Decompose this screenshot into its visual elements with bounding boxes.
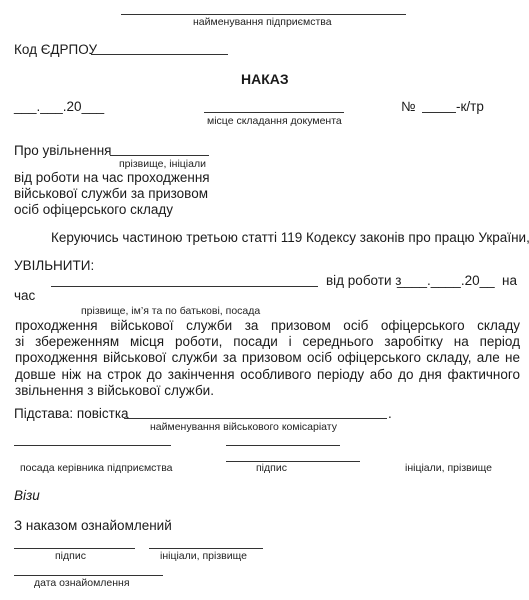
basis-caption: найменування військового комісаріату [150,421,337,433]
subject-name-line[interactable] [110,155,209,156]
order-number-line[interactable] [422,112,456,113]
preamble: Керуючись частиною третьою статті 119 Ко… [51,230,529,246]
order-body-line-5: звільнення з військової служби. [15,383,520,399]
time-word: час [14,288,35,304]
number-suffix: -к/тр [456,99,484,115]
enterprise-name-line[interactable] [121,14,406,15]
document-title: НАКАЗ [241,71,289,87]
ack-name-caption: ініціали, прізвище [160,550,247,562]
order-body: проходження військової служби за призово… [15,318,520,399]
employee-name-caption: прізвище, ім’я та по батькові, посада [81,305,260,317]
manager-signature-caption: підпис [256,462,287,474]
manager-name-caption: ініціали, прізвище [405,462,492,474]
subject-line-2: військової служби за призовом [14,186,208,202]
ack-date-line[interactable] [14,575,163,576]
manager-signature-line-1[interactable] [226,445,340,446]
subject-line-3: осіб офіцерського складу [14,202,173,218]
subject-line-1: від роботи на час проходження [14,170,210,186]
subject-label: Про увільнення [14,143,112,159]
ack-signature-line[interactable] [14,548,135,549]
order-body-line-3: проходження військової служби за призово… [15,350,520,366]
on-text: на [502,273,517,289]
visas-label: Візи [14,488,40,504]
release-date-field[interactable]: ____.____.20__ [397,273,495,289]
ack-date-caption: дата ознайомлення [34,577,130,589]
place-field-line[interactable] [204,112,344,113]
edrpou-field-line[interactable] [91,54,228,55]
place-caption: місце складання документа [207,115,342,127]
number-prefix: № [401,99,415,115]
order-body-line-1: проходження військової служби за призово… [15,318,520,334]
ack-signature-caption: підпис [55,550,86,562]
manager-position-line[interactable] [14,445,171,446]
basis-commissariat-line[interactable] [124,418,387,419]
ack-name-line[interactable] [149,548,263,549]
basis-end-mark: . [388,406,392,422]
basis-label: Підстава: повістка [14,406,129,422]
enterprise-name-caption: найменування підприємства [193,16,332,28]
from-work-text: від роботи з [326,273,401,289]
order-heading: УВІЛЬНИТИ: [14,258,94,274]
acknowledgement-label: З наказом ознайомлений [14,518,172,534]
edrpou-label: Код ЄДРПОУ [14,42,97,58]
manager-position-caption: посада керівника підприємства [20,462,173,474]
order-body-line-2: зі збереженням місця роботи, посади і се… [15,334,520,350]
employee-name-line[interactable] [51,286,318,287]
order-body-line-4: довше ніж на строк до закінчення особлив… [15,367,520,383]
order-date-field[interactable]: ___.___.20___ [14,99,104,115]
subject-name-caption: прізвище, ініціали [119,158,206,170]
manager-signature-line-2[interactable] [226,461,360,462]
